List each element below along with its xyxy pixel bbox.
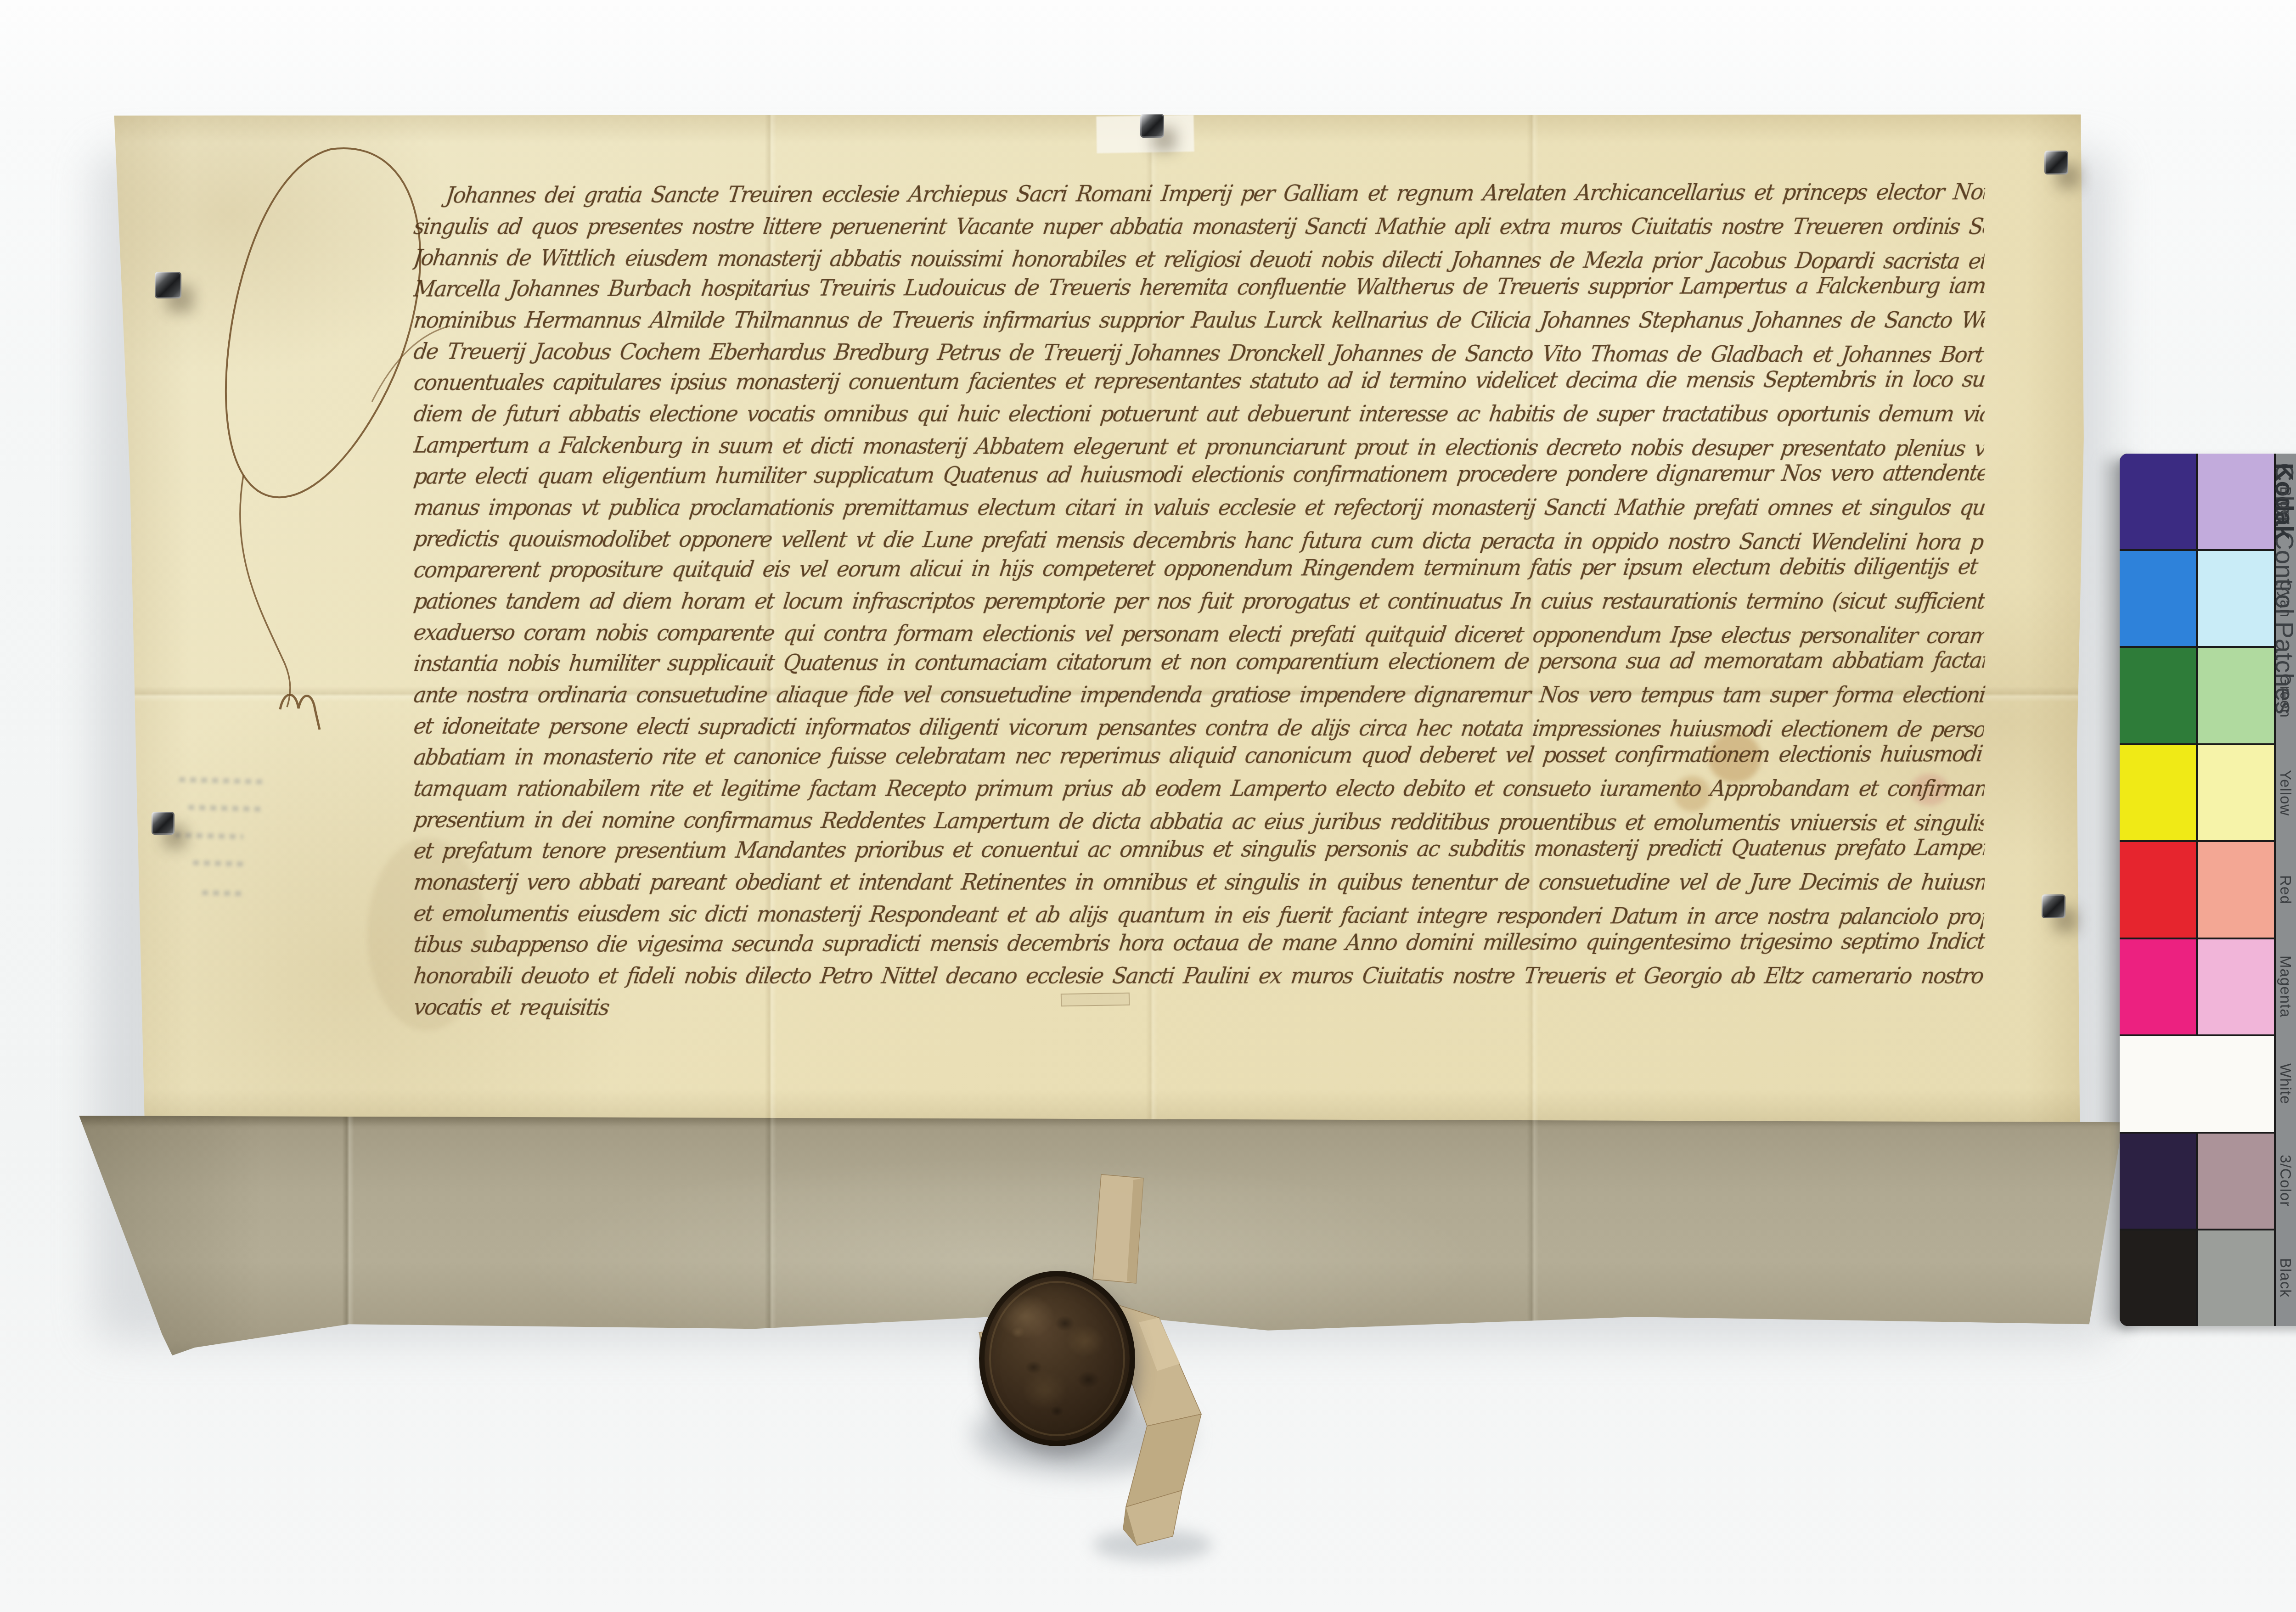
text-block: Johannes dei gratia Sancte Treuiren eccl…	[110, 112, 2085, 1129]
color-patch-3-color-tint	[2198, 1134, 2274, 1229]
color-patch-black-tint	[2198, 1230, 2274, 1326]
handwritten-line: tamquam rationabilem rite et legitime fa…	[412, 775, 1986, 804]
handwritten-line: pationes tandem ad diem horam et locum i…	[412, 587, 1986, 617]
card-label-red: Red	[2276, 841, 2295, 938]
fold-crease-vertical	[342, 1111, 354, 1383]
color-patch-magenta-tint	[2198, 939, 2274, 1035]
card-label-yellow: Yellow	[2276, 744, 2295, 841]
handwritten-line: instantia nobis humiliter supplicauit Qu…	[412, 646, 1986, 680]
handwritten-line: Johannes dei gratia Sancte Treuiren eccl…	[412, 178, 1986, 211]
fold-crease-vertical	[765, 1111, 777, 1383]
handwritten-line: tibus subappenso die vigesima secunda su…	[412, 927, 1986, 960]
handwritten-line: diem de futuri abbatis electione vocatis…	[412, 400, 1986, 429]
card-label-black: Black	[2276, 1229, 2295, 1326]
metal-clip-left	[152, 812, 174, 835]
color-patch-white	[2120, 1036, 2274, 1132]
color-patch-black	[2120, 1230, 2196, 1326]
color-patch-red	[2120, 842, 2196, 938]
metal-clip-top-center	[1140, 114, 1164, 138]
handwritten-line: honorabili deuoto et fideli nobis dilect…	[412, 962, 1986, 991]
handwritten-line: ante nostra ordinaria consuetudine aliaq…	[412, 681, 1986, 710]
handwritten-line: singulis ad quos presentes nostre litter…	[412, 213, 1986, 242]
color-patch-green-tint	[2198, 648, 2274, 743]
color-patch-red-tint	[2198, 842, 2274, 938]
card-label-green: Green	[2276, 647, 2295, 744]
card-label-3-color: 3/Color	[2276, 1132, 2295, 1229]
card-label-blue: Blue	[2276, 454, 2295, 550]
handwritten-line: abbatiam in monasterio rite et canonice …	[412, 740, 1986, 773]
handwritten-line: manus imponas vt publica proclamationis …	[412, 494, 1986, 523]
metal-clip-right	[2042, 894, 2065, 918]
handwritten-line: conuentuales capitulares ipsius monaster…	[412, 365, 1986, 399]
card-label-cyan: Cyan	[2276, 550, 2295, 647]
color-patch-yellow	[2120, 745, 2196, 841]
handwritten-line: Marcella Johannes Burbach hospitarius Tr…	[412, 272, 1986, 305]
handwritten-line: nominibus Hermannus Almilde Thilmannus d…	[412, 306, 1986, 336]
fold-crease-vertical	[1527, 1111, 1539, 1383]
color-patch-cyan-tint	[2198, 551, 2274, 646]
color-patch-blue	[2120, 454, 2196, 549]
color-card: Kodak Color Control Patches © Kodak, 200…	[2120, 454, 2296, 1326]
metal-clip-top-right	[2044, 151, 2068, 174]
wax-seal	[979, 1271, 1135, 1446]
color-patch-green	[2120, 648, 2196, 743]
color-patch-3-color	[2120, 1134, 2196, 1229]
color-patch-cyan	[2120, 551, 2196, 646]
parchment-sheet: Johannes dei gratia Sancte Treuiren eccl…	[110, 112, 2085, 1129]
card-label-magenta: Magenta	[2276, 938, 2295, 1035]
handwritten-line: vocatis et requisitis	[412, 993, 1986, 1026]
card-label-white: White	[2276, 1035, 2295, 1132]
handwritten-line: comparerent propositure quitquid eis vel…	[412, 553, 1986, 586]
color-patch-grid	[2120, 454, 2276, 1326]
metal-clip-top-left	[155, 272, 181, 298]
handwritten-line: parte electi quam eligentium humiliter s…	[412, 459, 1986, 492]
color-patch-magenta	[2120, 939, 2196, 1035]
color-patch-yellow-tint	[2198, 745, 2274, 841]
handwritten-line: et prefatum tenore presentium Mandantes …	[412, 834, 1986, 867]
color-patch-blue-tint	[2198, 454, 2274, 549]
photograph-of-charter: Johannes dei gratia Sancte Treuiren eccl…	[0, 0, 2296, 1612]
handwritten-line: monasterij vero abbati pareant obediant …	[412, 868, 1986, 898]
